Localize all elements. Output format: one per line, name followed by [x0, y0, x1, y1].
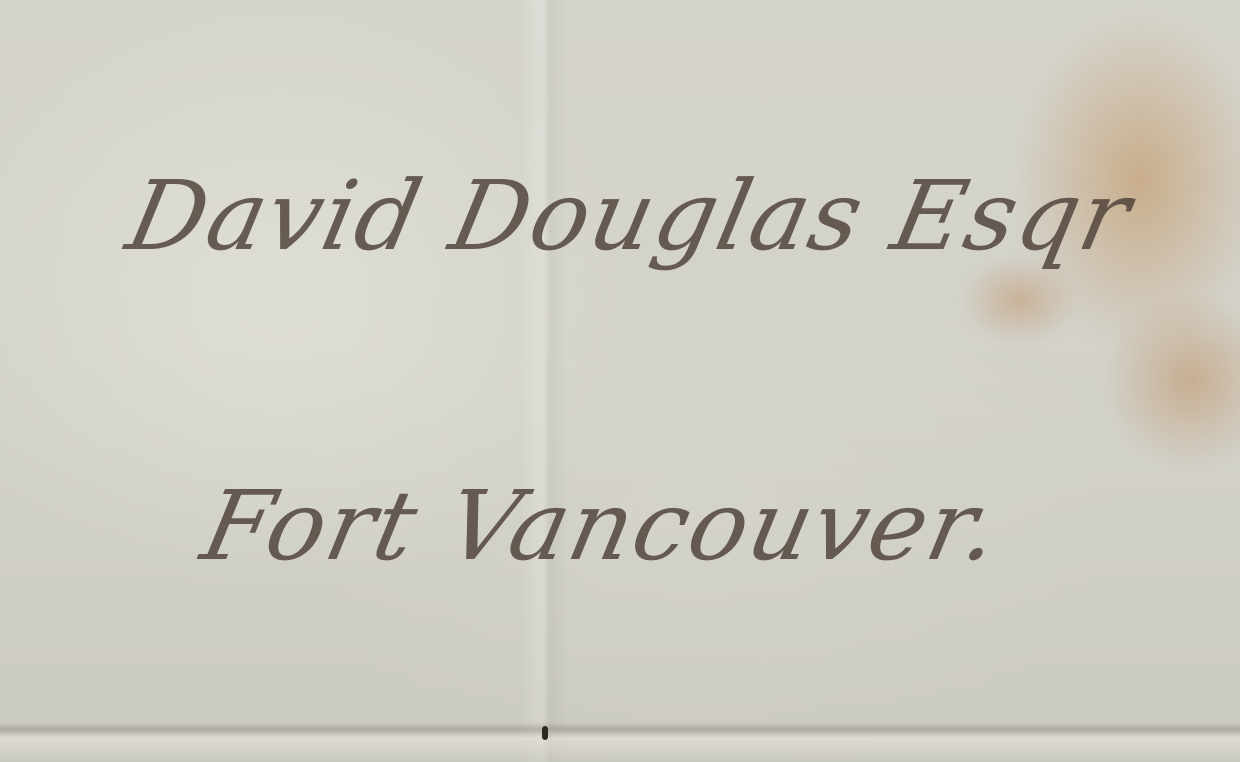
letter-paper: David Douglas Esqr Fort Vancouver. — [0, 0, 1240, 762]
location-handwriting: Fort Vancouver. — [193, 470, 1011, 582]
vertical-fold-crease — [520, 0, 570, 762]
addressee-handwriting: David Douglas Esqr — [118, 160, 1141, 272]
paper-tear — [542, 726, 548, 740]
horizontal-fold-crease — [0, 722, 1240, 762]
